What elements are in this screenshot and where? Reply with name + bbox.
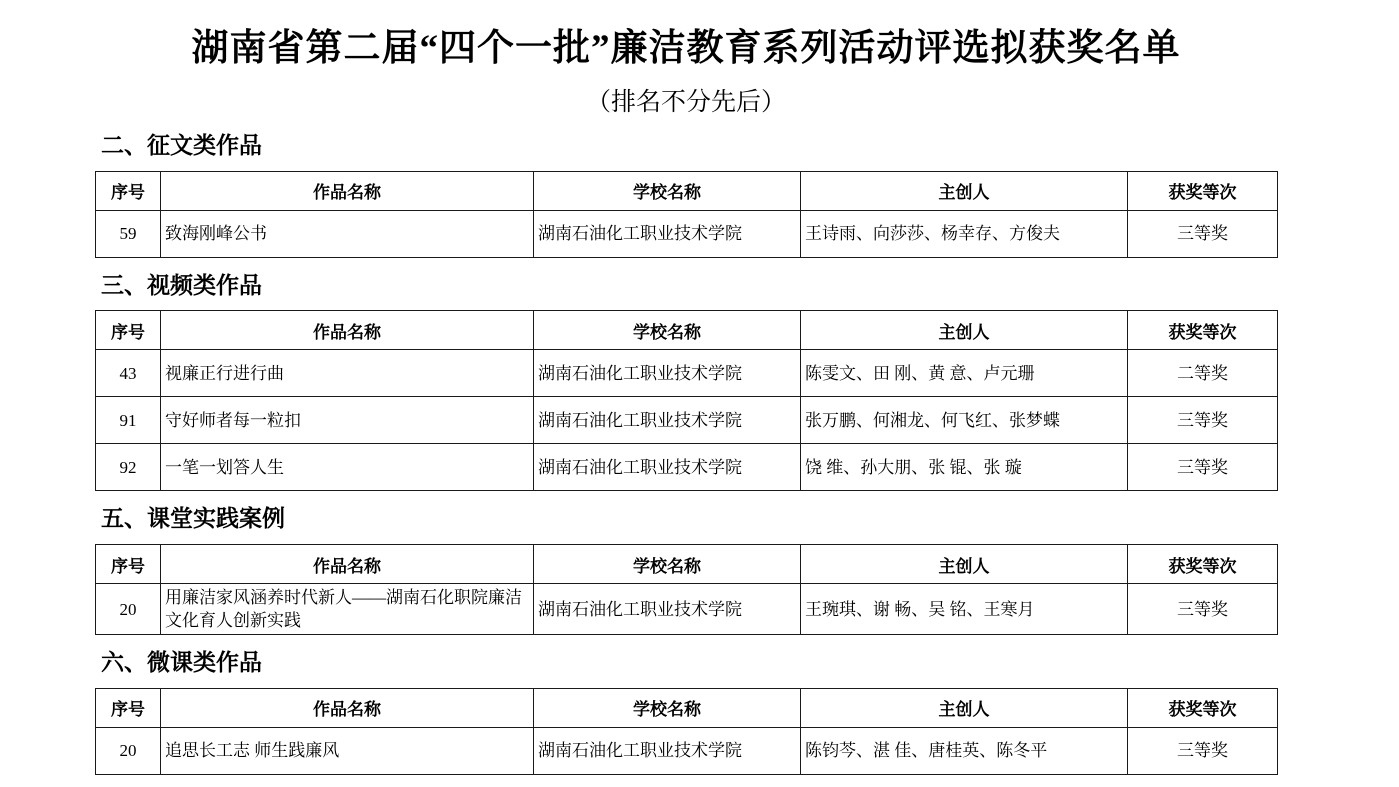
table-row: 91 守好师者每一粒扣 湖南石油化工职业技术学院 张万鹏、何湘龙、何飞红、张梦蝶… bbox=[96, 397, 1278, 444]
column-header-work: 作品名称 bbox=[161, 688, 534, 727]
table-row: 43 视廉正行进行曲 湖南石油化工职业技术学院 陈雯文、田 刚、黄 意、卢元珊 … bbox=[96, 350, 1278, 397]
column-header-school: 学校名称 bbox=[534, 688, 801, 727]
column-header-creator: 主创人 bbox=[801, 311, 1128, 350]
table-header-row: 序号 作品名称 学校名称 主创人 获奖等次 bbox=[96, 311, 1278, 350]
awards-table-microlesson: 序号 作品名称 学校名称 主创人 获奖等次 20 追思长工志 师生践廉风 湖南石… bbox=[95, 688, 1278, 775]
section-heading-video: 三、视频类作品 bbox=[101, 272, 1277, 300]
column-header-work: 作品名称 bbox=[161, 545, 534, 584]
cell-creators: 王琬琪、谢 畅、吴 铭、王寒月 bbox=[801, 584, 1128, 635]
section-heading-essay: 二、征文类作品 bbox=[101, 132, 1277, 160]
table-header-row: 序号 作品名称 学校名称 主创人 获奖等次 bbox=[96, 545, 1278, 584]
column-header-serial: 序号 bbox=[96, 688, 161, 727]
table-row: 59 致海刚峰公书 湖南石油化工职业技术学院 王诗雨、向莎莎、杨幸存、方俊夫 三… bbox=[96, 210, 1278, 257]
cell-award: 三等奖 bbox=[1128, 727, 1278, 774]
page-subtitle: （排名不分先后） bbox=[95, 72, 1277, 118]
cell-serial: 43 bbox=[96, 350, 161, 397]
section-heading-microlesson: 六、微课类作品 bbox=[101, 649, 1277, 677]
column-header-serial: 序号 bbox=[96, 171, 161, 210]
cell-school: 湖南石油化工职业技术学院 bbox=[534, 210, 801, 257]
column-header-award: 获奖等次 bbox=[1128, 171, 1278, 210]
cell-school: 湖南石油化工职业技术学院 bbox=[534, 350, 801, 397]
cell-creators: 陈雯文、田 刚、黄 意、卢元珊 bbox=[801, 350, 1128, 397]
cell-serial: 20 bbox=[96, 727, 161, 774]
cell-school: 湖南石油化工职业技术学院 bbox=[534, 584, 801, 635]
table-header-row: 序号 作品名称 学校名称 主创人 获奖等次 bbox=[96, 688, 1278, 727]
cell-serial: 91 bbox=[96, 397, 161, 444]
awards-table-essay: 序号 作品名称 学校名称 主创人 获奖等次 59 致海刚峰公书 湖南石油化工职业… bbox=[95, 171, 1278, 258]
cell-work-title: 用廉洁家风涵养时代新人——湖南石化职院廉洁文化育人创新实践 bbox=[161, 584, 534, 635]
cell-award: 三等奖 bbox=[1128, 584, 1278, 635]
column-header-award: 获奖等次 bbox=[1128, 688, 1278, 727]
cell-work-title: 追思长工志 师生践廉风 bbox=[161, 727, 534, 774]
table-row: 20 用廉洁家风涵养时代新人——湖南石化职院廉洁文化育人创新实践 湖南石油化工职… bbox=[96, 584, 1278, 635]
cell-creators: 饶 维、孙大朋、张 锟、张 璇 bbox=[801, 444, 1128, 491]
column-header-award: 获奖等次 bbox=[1128, 545, 1278, 584]
cell-creators: 张万鹏、何湘龙、何飞红、张梦蝶 bbox=[801, 397, 1128, 444]
cell-serial: 20 bbox=[96, 584, 161, 635]
table-header-row: 序号 作品名称 学校名称 主创人 获奖等次 bbox=[96, 171, 1278, 210]
column-header-creator: 主创人 bbox=[801, 171, 1128, 210]
cell-award: 三等奖 bbox=[1128, 210, 1278, 257]
cell-creators: 陈钧芩、湛 佳、唐桂英、陈冬平 bbox=[801, 727, 1128, 774]
document-page: 湖南省第二届“四个一批”廉洁教育系列活动评选拟获奖名单 （排名不分先后） 二、征… bbox=[95, 0, 1277, 775]
cell-work-title: 守好师者每一粒扣 bbox=[161, 397, 534, 444]
cell-award: 三等奖 bbox=[1128, 397, 1278, 444]
cell-work-title: 视廉正行进行曲 bbox=[161, 350, 534, 397]
table-row: 20 追思长工志 师生践廉风 湖南石油化工职业技术学院 陈钧芩、湛 佳、唐桂英、… bbox=[96, 727, 1278, 774]
cell-work-title: 致海刚峰公书 bbox=[161, 210, 534, 257]
table-row: 92 一笔一划答人生 湖南石油化工职业技术学院 饶 维、孙大朋、张 锟、张 璇 … bbox=[96, 444, 1278, 491]
column-header-serial: 序号 bbox=[96, 545, 161, 584]
column-header-award: 获奖等次 bbox=[1128, 311, 1278, 350]
cell-award: 三等奖 bbox=[1128, 444, 1278, 491]
column-header-creator: 主创人 bbox=[801, 545, 1128, 584]
cell-award: 二等奖 bbox=[1128, 350, 1278, 397]
cell-school: 湖南石油化工职业技术学院 bbox=[534, 444, 801, 491]
column-header-creator: 主创人 bbox=[801, 688, 1128, 727]
cell-creators: 王诗雨、向莎莎、杨幸存、方俊夫 bbox=[801, 210, 1128, 257]
page-title: 湖南省第二届“四个一批”廉洁教育系列活动评选拟获奖名单 bbox=[95, 0, 1277, 72]
cell-serial: 92 bbox=[96, 444, 161, 491]
column-header-work: 作品名称 bbox=[161, 171, 534, 210]
column-header-work: 作品名称 bbox=[161, 311, 534, 350]
column-header-school: 学校名称 bbox=[534, 171, 801, 210]
column-header-school: 学校名称 bbox=[534, 311, 801, 350]
column-header-school: 学校名称 bbox=[534, 545, 801, 584]
awards-table-classroom: 序号 作品名称 学校名称 主创人 获奖等次 20 用廉洁家风涵养时代新人——湖南… bbox=[95, 544, 1278, 635]
column-header-serial: 序号 bbox=[96, 311, 161, 350]
cell-school: 湖南石油化工职业技术学院 bbox=[534, 397, 801, 444]
awards-table-video: 序号 作品名称 学校名称 主创人 获奖等次 43 视廉正行进行曲 湖南石油化工职… bbox=[95, 310, 1278, 491]
section-heading-classroom: 五、课堂实践案例 bbox=[101, 505, 1277, 533]
cell-serial: 59 bbox=[96, 210, 161, 257]
cell-school: 湖南石油化工职业技术学院 bbox=[534, 727, 801, 774]
cell-work-title: 一笔一划答人生 bbox=[161, 444, 534, 491]
